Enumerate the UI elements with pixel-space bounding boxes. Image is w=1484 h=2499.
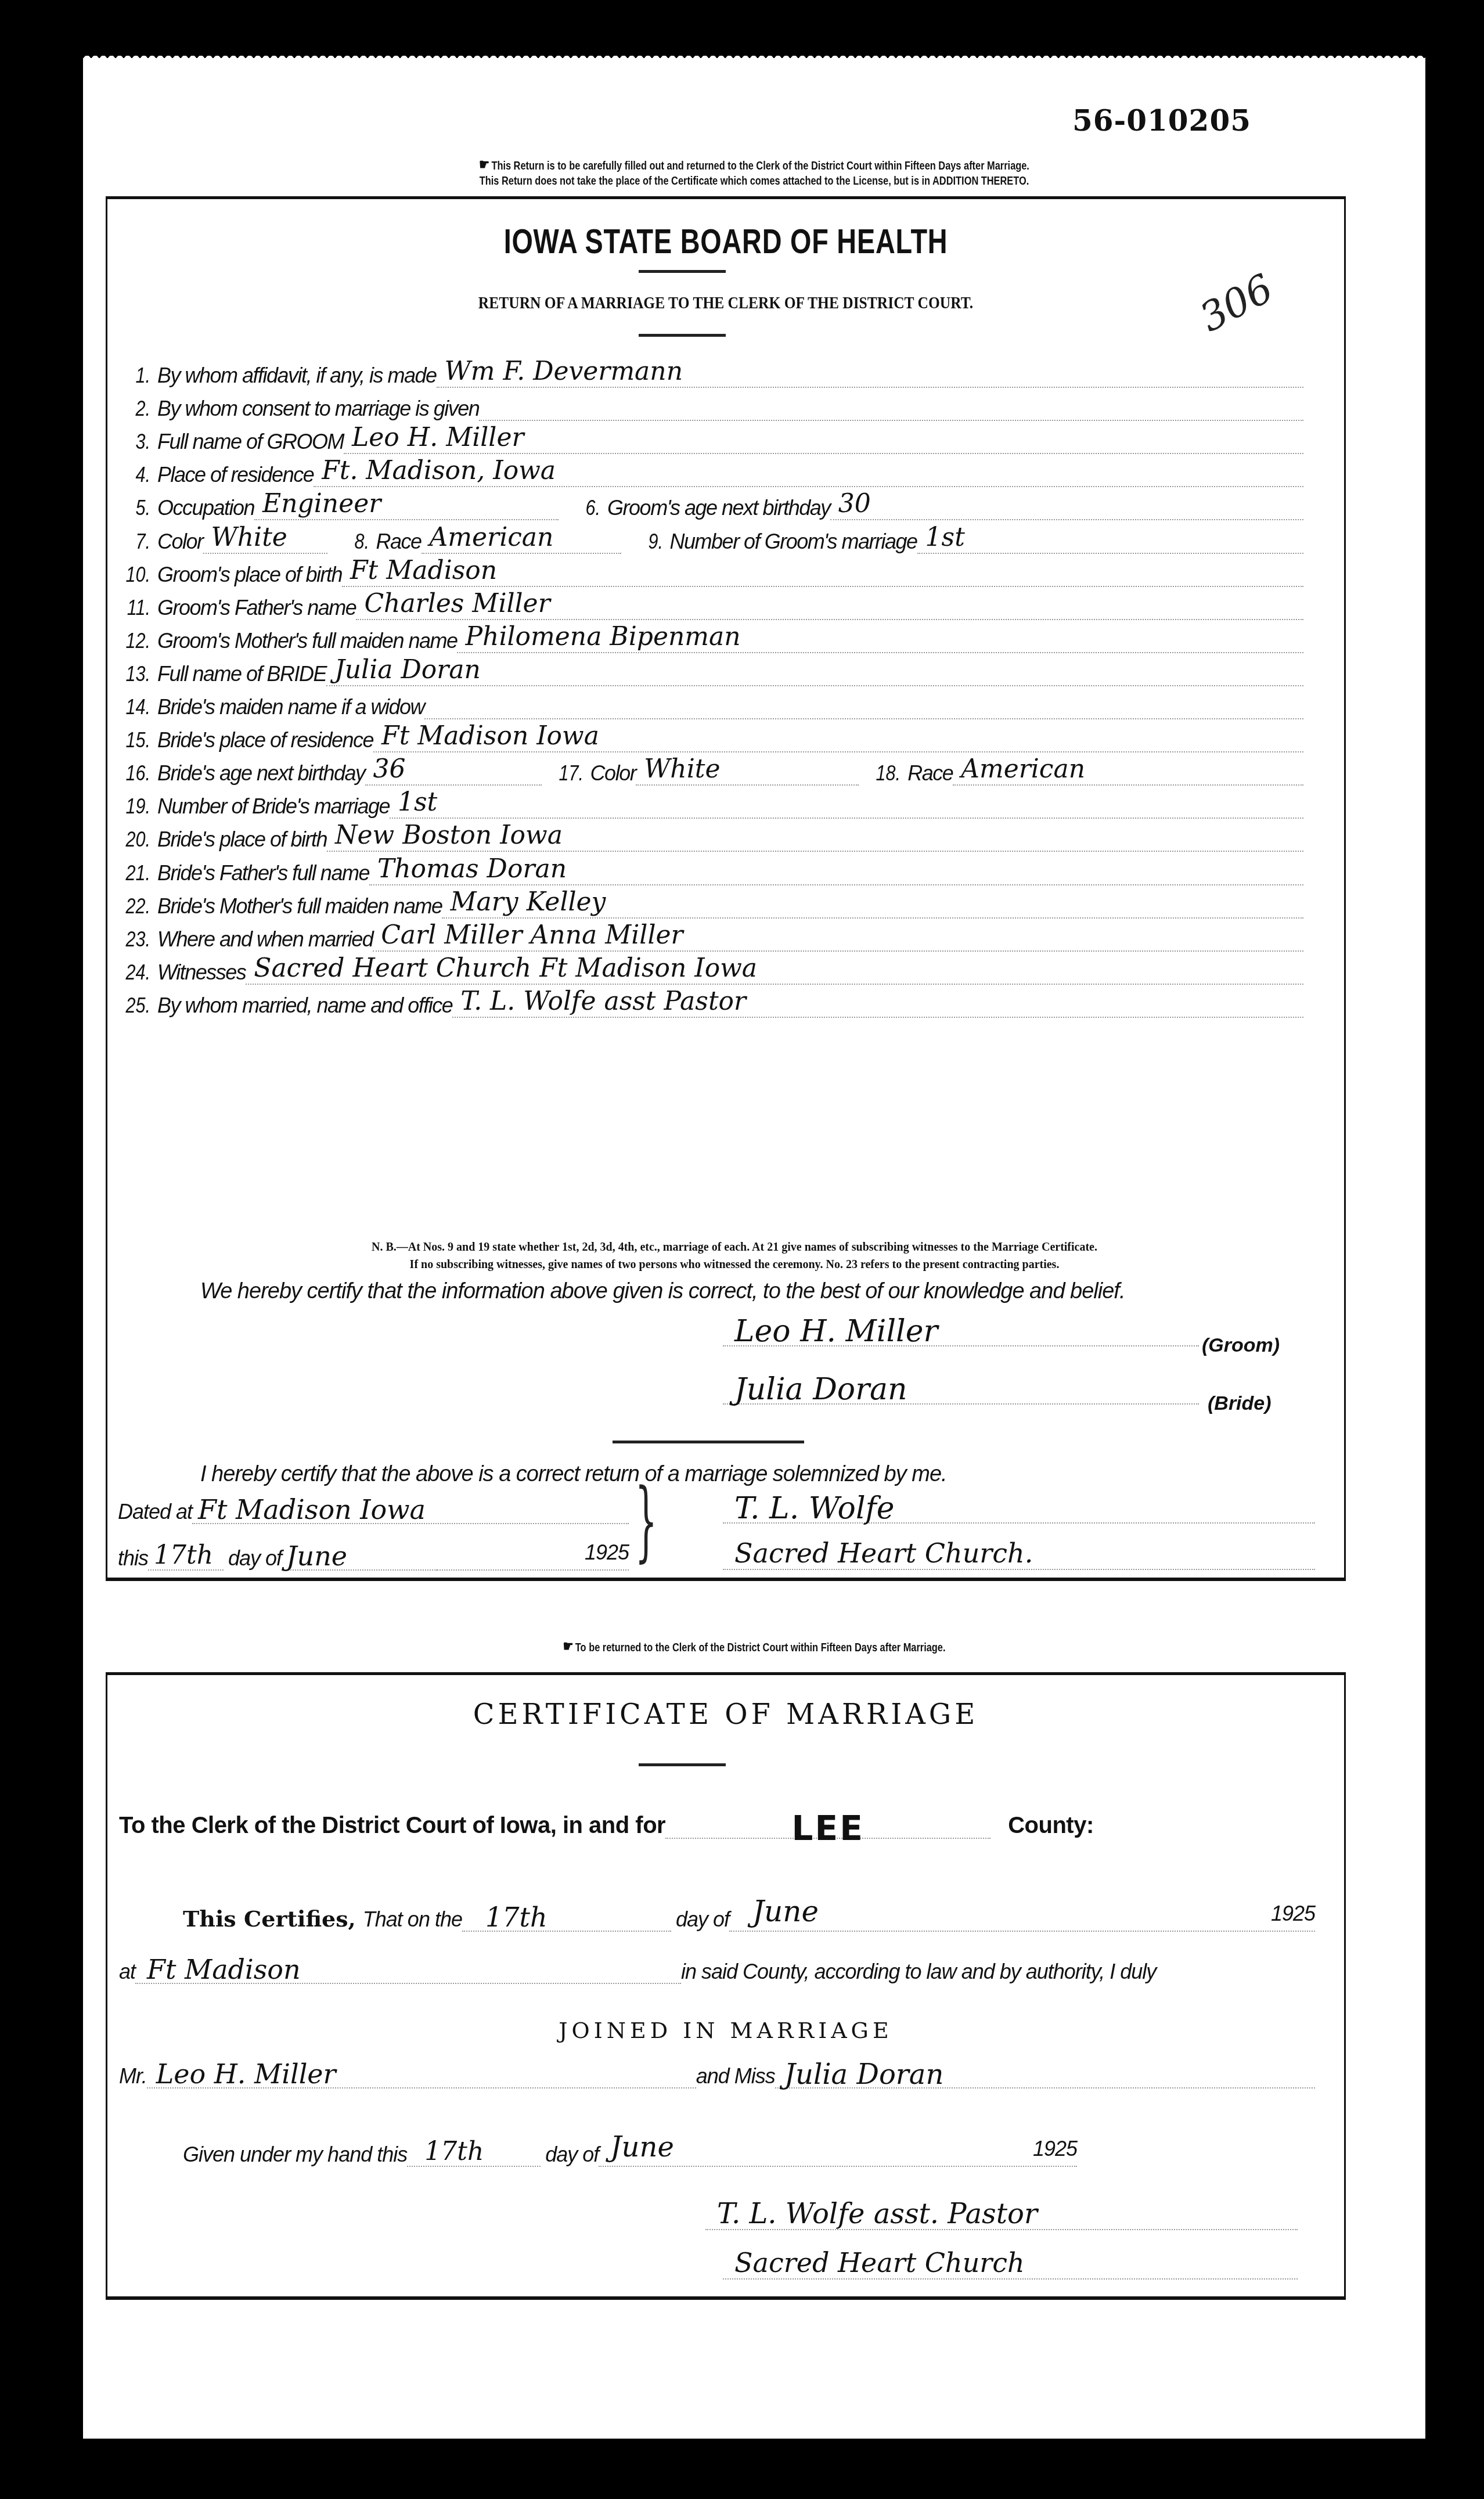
- form-field-row: 10.Groom's place of birthFt Madison: [107, 554, 1303, 587]
- form-field-row: 4.Place of residenceFt. Madison, Iowa: [107, 454, 1303, 487]
- and-miss-label: and Miss: [696, 2064, 775, 2088]
- certificate-day-of-label: day of: [676, 1907, 729, 1932]
- field-label: Where and when married: [157, 927, 373, 952]
- field-value[interactable]: Julia Doran: [326, 658, 1303, 686]
- form-field-row: 23.Where and when marriedCarl Miller Ann…: [107, 919, 1303, 952]
- field-value[interactable]: Engineer: [254, 492, 559, 520]
- field-number: 19.: [115, 794, 157, 819]
- form-field-row: 5.OccupationEngineer6.Groom's age next b…: [107, 487, 1303, 520]
- certificate-month-value: June: [752, 1895, 819, 1928]
- form-field-row: 3.Full name of GROOMLeo H. Miller: [107, 421, 1303, 454]
- field-label: Full name of GROOM: [157, 430, 344, 454]
- field-number: 16.: [115, 761, 157, 786]
- form-field-row: 20.Bride's place of birthNew Boston Iowa: [107, 819, 1303, 852]
- given-under-row: Given under my hand this 17th day of Jun…: [183, 2137, 1077, 2167]
- certificate-day-field[interactable]: 17th: [462, 1902, 671, 1932]
- field-label: Groom's place of birth: [157, 563, 342, 587]
- field-value[interactable]: [479, 393, 1303, 421]
- given-month-year-field[interactable]: June 1925: [599, 2137, 1077, 2167]
- county-value: LEE: [792, 1809, 865, 1848]
- field-value[interactable]: 36: [365, 758, 542, 786]
- field-label: Full name of BRIDE: [157, 662, 326, 686]
- field-number: 25.: [115, 993, 157, 1018]
- field-label: Bride's maiden name if a widow: [157, 695, 424, 719]
- clerk-line-label: To the Clerk of the District Court of Io…: [119, 1813, 665, 1839]
- certify-statement: We hereby certify that the information a…: [200, 1279, 1125, 1304]
- field-label: Bride's Mother's full maiden name: [157, 894, 442, 919]
- field-label: Bride's place of residence: [157, 728, 373, 752]
- field-number: 7.: [115, 530, 157, 554]
- certificate-month-year-field[interactable]: June 1925: [729, 1902, 1315, 1932]
- field-label: Color: [157, 530, 203, 554]
- field-label: By whom affidavit, if any, is made: [157, 363, 437, 388]
- field-value[interactable]: Philomena Bipenman: [457, 625, 1303, 653]
- field-number: 9.: [628, 530, 669, 554]
- certificate-of-marriage: CERTIFICATE OF MARRIAGE To the Clerk of …: [106, 1672, 1346, 2300]
- field-value[interactable]: 1st: [390, 791, 1303, 819]
- field-label: By whom consent to marriage is given: [157, 397, 479, 421]
- top-notice-line-2: This Return does not take the place of t…: [230, 174, 1277, 188]
- field-value[interactable]: Sacred Heart Church Ft Madison Iowa: [246, 957, 1303, 985]
- field-label: Race: [376, 530, 422, 554]
- field-value[interactable]: T. L. Wolfe asst Pastor: [452, 990, 1303, 1018]
- field-label: Groom's age next birthday: [607, 496, 830, 520]
- certificate-place-field[interactable]: Ft Madison: [135, 1954, 681, 1984]
- year-field[interactable]: 1925: [437, 1540, 629, 1571]
- field-number: 13.: [115, 662, 157, 686]
- field-label: Place of residence: [157, 463, 314, 487]
- that-on-the-label: That on the: [363, 1907, 462, 1932]
- field-label: Witnesses: [157, 960, 246, 985]
- groom-tag: (Groom): [1202, 1334, 1280, 1357]
- officiant-certify-statement: I hereby certify that the above is a cor…: [200, 1462, 947, 1487]
- form-field-row: 21.Bride's Father's full nameThomas Dora…: [107, 852, 1303, 885]
- form-field-row: 1.By whom affidavit, if any, is madeWm F…: [107, 355, 1303, 388]
- form-title: IOWA STATE BOARD OF HEALTH: [243, 221, 1208, 261]
- field-label: Occupation: [157, 496, 254, 520]
- form-field-row: 14.Bride's maiden name if a widow: [107, 686, 1303, 719]
- field-label: Number of Bride's marriage: [157, 794, 390, 819]
- document-page: 56-010205 ☛This Return is to be carefull…: [83, 58, 1425, 2439]
- notice-text: This Return is to be carefully filled ou…: [491, 159, 1029, 172]
- field-number: 14.: [115, 695, 157, 719]
- field-value[interactable]: Wm F. Devermann: [437, 360, 1303, 388]
- certificate-church-field[interactable]: Sacred Heart Church: [723, 2247, 1298, 2280]
- field-number: 20.: [115, 827, 157, 852]
- field-value[interactable]: Ft Madison: [342, 559, 1303, 587]
- field-label: Groom's Father's name: [157, 596, 356, 620]
- county-field[interactable]: LEE: [665, 1809, 990, 1839]
- title-divider: [639, 270, 726, 273]
- field-label: Bride's place of birth: [157, 827, 327, 852]
- form-field-row: 25.By whom married, name and officeT. L.…: [107, 985, 1303, 1018]
- joined-in-marriage: JOINED IN MARRIAGE: [107, 2018, 1344, 2043]
- top-notice-line-1: ☛This Return is to be carefully filled o…: [230, 156, 1277, 174]
- field-value[interactable]: [424, 692, 1303, 719]
- field-value[interactable]: Carl Miller Anna Miller: [373, 924, 1303, 952]
- officiant-signature-field[interactable]: T. L. Wolfe: [723, 1491, 1315, 1524]
- given-year-value: 1925: [1033, 2137, 1077, 2160]
- form-field-row: 24.WitnessesSacred Heart Church Ft Madis…: [107, 952, 1303, 985]
- field-label: Groom's Mother's full maiden name: [157, 629, 457, 653]
- certificate-title: CERTIFICATE OF MARRIAGE: [107, 1698, 1344, 1731]
- field-number: 5.: [115, 496, 157, 520]
- field-number: 18.: [866, 761, 907, 786]
- field-label: Number of Groom's marriage: [670, 530, 917, 554]
- place-row: at Ft Madison in said County, according …: [119, 1954, 1315, 1984]
- field-value[interactable]: Thomas Doran: [369, 858, 1303, 885]
- document-number: 56-010205: [1072, 103, 1251, 138]
- field-value[interactable]: White: [636, 758, 859, 786]
- county-label: County:: [1008, 1813, 1094, 1839]
- field-number: 4.: [115, 463, 157, 487]
- at-label: at: [119, 1960, 135, 1984]
- field-number: 24.: [115, 960, 157, 985]
- field-value[interactable]: White: [203, 526, 327, 554]
- form-field-row: 22.Bride's Mother's full maiden nameMary…: [107, 885, 1303, 919]
- given-day-of-label: day of: [545, 2142, 599, 2167]
- field-value[interactable]: 30: [830, 492, 1303, 520]
- in-said-county-text: in said County, according to law and by …: [681, 1960, 1156, 1984]
- dated-at-field[interactable]: Ft Madison Iowa: [192, 1494, 629, 1524]
- given-month-value: June: [610, 2131, 673, 2163]
- field-number: 21.: [115, 861, 157, 885]
- signature-divider: [613, 1441, 804, 1443]
- parties-row: Mr. Leo H. Miller and Miss Julia Doran: [119, 2058, 1315, 2088]
- field-label: Bride's age next birthday: [157, 761, 365, 786]
- field-label: Race: [907, 761, 953, 786]
- field-label: Color: [590, 761, 636, 786]
- year-value: 1925: [585, 1540, 629, 1564]
- form-field-row: 13.Full name of BRIDEJulia Doran: [107, 653, 1303, 686]
- form-field-row: 15.Bride's place of residenceFt Madison …: [107, 719, 1303, 752]
- form-field-row: 2.By whom consent to marriage is given: [107, 388, 1303, 421]
- mr-label: Mr.: [119, 2064, 147, 2088]
- bracket-glyph: }: [635, 1471, 657, 1572]
- certifies-row: This Certifies, That on the 17th day of …: [183, 1902, 1315, 1932]
- form-subtitle: RETURN OF A MARRIAGE TO THE CLERK OF THE…: [200, 293, 1252, 313]
- bride-name-field[interactable]: Julia Doran: [775, 2058, 1315, 2088]
- field-label: Bride's Father's full name: [157, 861, 369, 885]
- field-number: 2.: [115, 397, 157, 421]
- clerk-row: To the Clerk of the District Court of Io…: [119, 1809, 1222, 1839]
- certificate-year-value: 1925: [1271, 1902, 1315, 1925]
- certificate-notice-text: To be returned to the Clerk of the Distr…: [575, 1641, 946, 1654]
- officiant-church-field[interactable]: Sacred Heart Church.: [723, 1537, 1315, 1570]
- month-field[interactable]: June: [282, 1540, 437, 1571]
- field-value[interactable]: American: [422, 526, 621, 554]
- form-field-row: 12.Groom's Mother's full maiden namePhil…: [107, 620, 1303, 653]
- bride-signature-field[interactable]: Julia Doran: [723, 1372, 1199, 1405]
- field-value[interactable]: Mary Kelley: [442, 891, 1303, 919]
- field-label: By whom married, name and office: [157, 993, 452, 1018]
- date-row: this 17th day of June 1925: [118, 1540, 629, 1571]
- field-number: 12.: [115, 629, 157, 653]
- handwritten-annotation: 306: [1193, 265, 1281, 341]
- field-number: 23.: [115, 927, 157, 952]
- field-value[interactable]: Charles Miller: [356, 592, 1303, 620]
- field-number: 3.: [115, 430, 157, 454]
- field-number: 11.: [115, 596, 157, 620]
- given-under-label: Given under my hand this: [183, 2142, 407, 2167]
- given-day-field[interactable]: 17th: [407, 2137, 541, 2167]
- field-value[interactable]: Leo H. Miller: [344, 426, 1303, 454]
- subtitle-divider: [639, 334, 726, 337]
- nb-note-line-1: N. B.—At Nos. 9 and 19 state whether 1st…: [160, 1238, 1309, 1256]
- return-of-marriage-form: IOWA STATE BOARD OF HEALTH RETURN OF A M…: [106, 196, 1346, 1581]
- certificate-title-divider: [639, 1763, 726, 1766]
- certificate-notice: ☛To be returned to the Clerk of the Dist…: [230, 1637, 1277, 1655]
- field-number: 6.: [566, 496, 607, 520]
- nb-note-line-2: If no subscribing witnesses, give names …: [160, 1256, 1309, 1273]
- field-number: 22.: [115, 894, 157, 919]
- form-field-row: 19.Number of Bride's marriage1st: [107, 786, 1303, 819]
- this-label: this: [118, 1546, 148, 1571]
- nb-note: N. B.—At Nos. 9 and 19 state whether 1st…: [160, 1238, 1309, 1273]
- groom-signature-field[interactable]: Leo H. Miller: [723, 1314, 1199, 1346]
- field-number: 10.: [115, 563, 157, 587]
- field-number: 17.: [549, 761, 590, 786]
- day-field[interactable]: 17th: [148, 1540, 224, 1571]
- pointing-hand-icon: ☛: [479, 156, 489, 173]
- form-field-row: 7.ColorWhite8.RaceAmerican9.Number of Gr…: [107, 521, 1303, 554]
- field-value[interactable]: 1st: [917, 526, 1303, 554]
- day-of-label: day of: [228, 1546, 282, 1571]
- field-number: 8.: [334, 530, 376, 554]
- certificate-signature-field[interactable]: T. L. Wolfe asst. Pastor: [705, 2198, 1298, 2230]
- dated-at-row: Dated at Ft Madison Iowa: [118, 1494, 629, 1524]
- field-number: 15.: [115, 728, 157, 752]
- dated-at-label: Dated at: [118, 1500, 192, 1524]
- field-value[interactable]: New Boston Iowa: [327, 824, 1303, 852]
- groom-name-field[interactable]: Leo H. Miller: [147, 2058, 696, 2088]
- form-field-row: 11.Groom's Father's nameCharles Miller: [107, 587, 1303, 620]
- bride-tag: (Bride): [1208, 1392, 1272, 1415]
- form-field-row: 16.Bride's age next birthday3617.ColorWh…: [107, 752, 1303, 786]
- field-value[interactable]: American: [953, 758, 1303, 786]
- field-number: 1.: [115, 363, 157, 388]
- field-value[interactable]: Ft Madison Iowa: [373, 725, 1303, 752]
- field-value[interactable]: Ft. Madison, Iowa: [314, 459, 1303, 487]
- this-certifies-label: This Certifies,: [183, 1906, 356, 1932]
- pointing-hand-icon: ☛: [563, 1637, 573, 1655]
